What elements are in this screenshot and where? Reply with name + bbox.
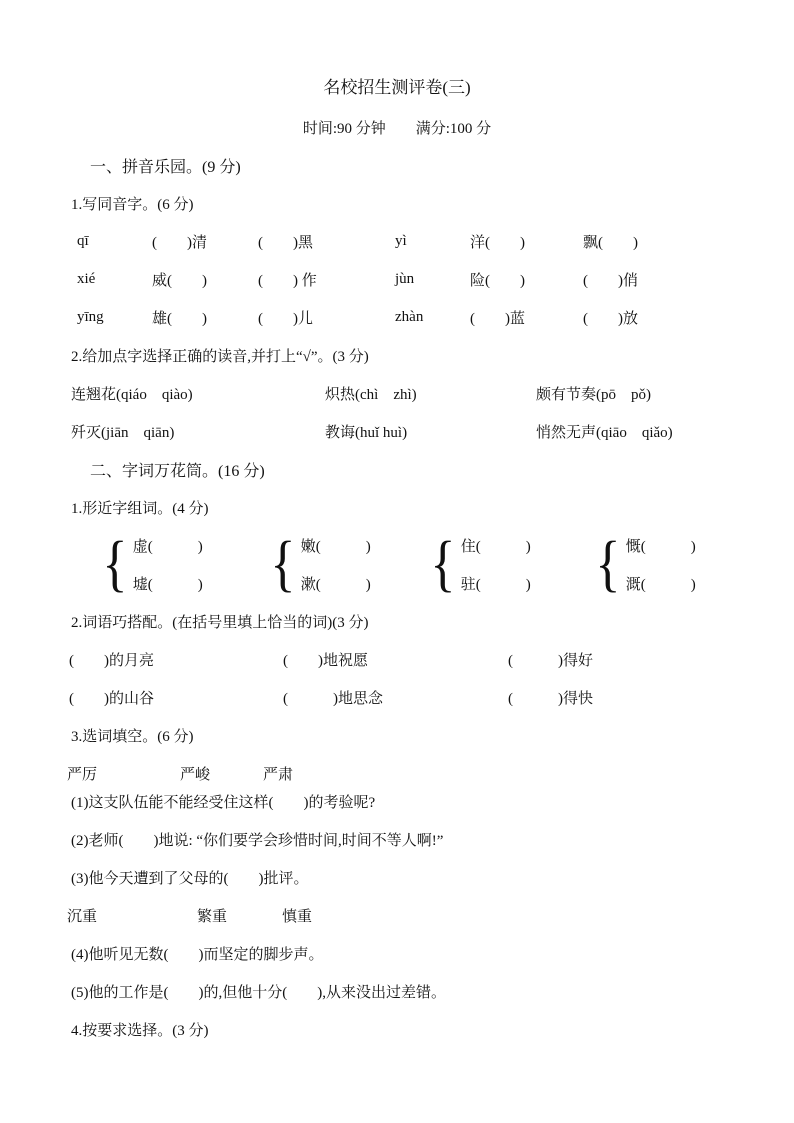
brace-icon: { — [430, 526, 455, 602]
pair-top-blank: 嫩( ) — [301, 526, 371, 564]
brace-icon: { — [270, 526, 295, 602]
pronunciation-row-2: 歼灭(jiān qiān) 教诲(huǐ huì) 悄然无声(qiāo qiǎo… — [63, 412, 731, 450]
word-choices-group-2: 沉重 繁重 慎重 — [63, 896, 731, 934]
blank-cell: ( )黑 — [258, 231, 395, 252]
fill-item-5: (5)他的工作是( )的,但他十分( ),从来没出过差错。 — [63, 972, 731, 1010]
pinyin-label: qī — [77, 233, 152, 250]
match-blank: ( )得好 — [508, 649, 731, 670]
question-1-2-heading: 2.给加点字选择正确的读音,并打上“√”。(3 分) — [63, 336, 731, 374]
pronunciation-item: 悄然无声(qiāo qiǎo) — [536, 421, 731, 442]
word-choice: 繁重 — [197, 905, 282, 926]
section-2-heading: 二、字词万花筒。(16 分) — [63, 450, 731, 488]
pinyin-label: zhàn — [395, 309, 470, 326]
blank-cell: 飘( ) — [583, 231, 731, 252]
question-2-1-heading: 1.形近字组词。(4 分) — [63, 488, 731, 526]
pinyin-label: xié — [77, 271, 152, 288]
pronunciation-row-1: 连翘花(qiáo qiào) 炽热(chì zhì) 颇有节奏(pō pǒ) — [63, 374, 731, 412]
fill-item-2: (2)老师( )地说: “你们要学会珍惜时间,时间不等人啊!” — [63, 820, 731, 858]
pair-bottom-blank: 墟( ) — [133, 564, 203, 602]
homophone-row-3: yīng 雄( ) ( )儿 zhàn ( )蓝 ( )放 — [63, 298, 731, 336]
homophone-row-1: qī ( )清 ( )黑 yì 洋( ) 飘( ) — [63, 222, 731, 260]
fill-item-4: (4)他听见无数( )而坚定的脚步声。 — [63, 934, 731, 972]
pair-bottom-blank: 漱( ) — [301, 564, 371, 602]
pronunciation-item: 连翘花(qiáo qiào) — [71, 383, 325, 404]
brace-icon: { — [595, 526, 620, 602]
character-pair-group: { 住( ) 驻( ) — [428, 526, 593, 602]
question-2-4-heading: 4.按要求选择。(3 分) — [63, 1010, 731, 1048]
word-match-row-2: ( )的山谷 ( )地思念 ( )得快 — [63, 678, 731, 716]
page-title: 名校招生测评卷(三) — [63, 66, 731, 104]
match-blank: ( )的月亮 — [69, 649, 283, 670]
question-1-1-heading: 1.写同音字。(6 分) — [63, 184, 731, 222]
character-pair-group: { 虚( ) 墟( ) — [100, 526, 268, 602]
homophone-row-2: xié 威( ) ( ) 作 jùn 险( ) ( )俏 — [63, 260, 731, 298]
pinyin-label: jùn — [395, 271, 470, 288]
pair-bottom-blank: 驻( ) — [461, 564, 531, 602]
word-choice: 沉重 — [67, 905, 197, 926]
blank-cell: 雄( ) — [152, 307, 258, 328]
word-choice: 严峻 — [180, 763, 263, 784]
exam-paper: 名校招生测评卷(三) 时间:90 分钟 满分:100 分 一、拼音乐园。(9 分… — [0, 0, 794, 1123]
pinyin-label: yīng — [77, 309, 152, 326]
pinyin-label: yì — [395, 233, 470, 250]
character-pair-group: { 慨( ) 溉( ) — [593, 526, 731, 602]
blank-cell: 险( ) — [470, 269, 583, 290]
match-blank: ( )地思念 — [283, 687, 508, 708]
pair-top-blank: 住( ) — [461, 526, 531, 564]
pronunciation-item: 教诲(huǐ huì) — [325, 421, 536, 442]
blank-cell: ( )清 — [152, 231, 258, 252]
match-blank: ( )得快 — [508, 687, 731, 708]
pair-bottom-blank: 溉( ) — [626, 564, 696, 602]
word-match-row-1: ( )的月亮 ( )地祝愿 ( )得好 — [63, 640, 731, 678]
word-choice: 严厉 — [67, 763, 180, 784]
character-pair-group: { 嫩( ) 漱( ) — [268, 526, 428, 602]
exam-meta: 时间:90 分钟 满分:100 分 — [63, 108, 731, 146]
pronunciation-item: 歼灭(jiān qiān) — [71, 421, 325, 442]
brace-icon: { — [102, 526, 127, 602]
blank-cell: ( )放 — [583, 307, 731, 328]
blank-cell: ( )蓝 — [470, 307, 583, 328]
question-2-3-heading: 3.选词填空。(6 分) — [63, 716, 731, 754]
match-blank: ( )的山谷 — [69, 687, 283, 708]
fill-item-1: (1)这支队伍能不能经受住这样( )的考验呢? — [63, 782, 731, 820]
fill-item-3: (3)他今天遭到了父母的( )批评。 — [63, 858, 731, 896]
question-2-2-heading: 2.词语巧搭配。(在括号里填上恰当的词)(3 分) — [63, 602, 731, 640]
word-choice: 慎重 — [282, 905, 731, 926]
similar-character-groups: { 虚( ) 墟( ) { 嫩( ) 漱( ) { 住( ) 驻( ) { — [63, 526, 731, 602]
word-choice: 严肃 — [263, 763, 731, 784]
blank-cell: ( ) 作 — [258, 269, 395, 290]
pronunciation-item: 炽热(chì zhì) — [325, 383, 536, 404]
blank-cell: ( )俏 — [583, 269, 731, 290]
pair-top-blank: 虚( ) — [133, 526, 203, 564]
blank-cell: ( )儿 — [258, 307, 395, 328]
blank-cell: 威( ) — [152, 269, 258, 290]
blank-cell: 洋( ) — [470, 231, 583, 252]
pair-top-blank: 慨( ) — [626, 526, 696, 564]
section-1-heading: 一、拼音乐园。(9 分) — [63, 146, 731, 184]
pronunciation-item: 颇有节奏(pō pǒ) — [536, 383, 731, 404]
match-blank: ( )地祝愿 — [283, 649, 508, 670]
